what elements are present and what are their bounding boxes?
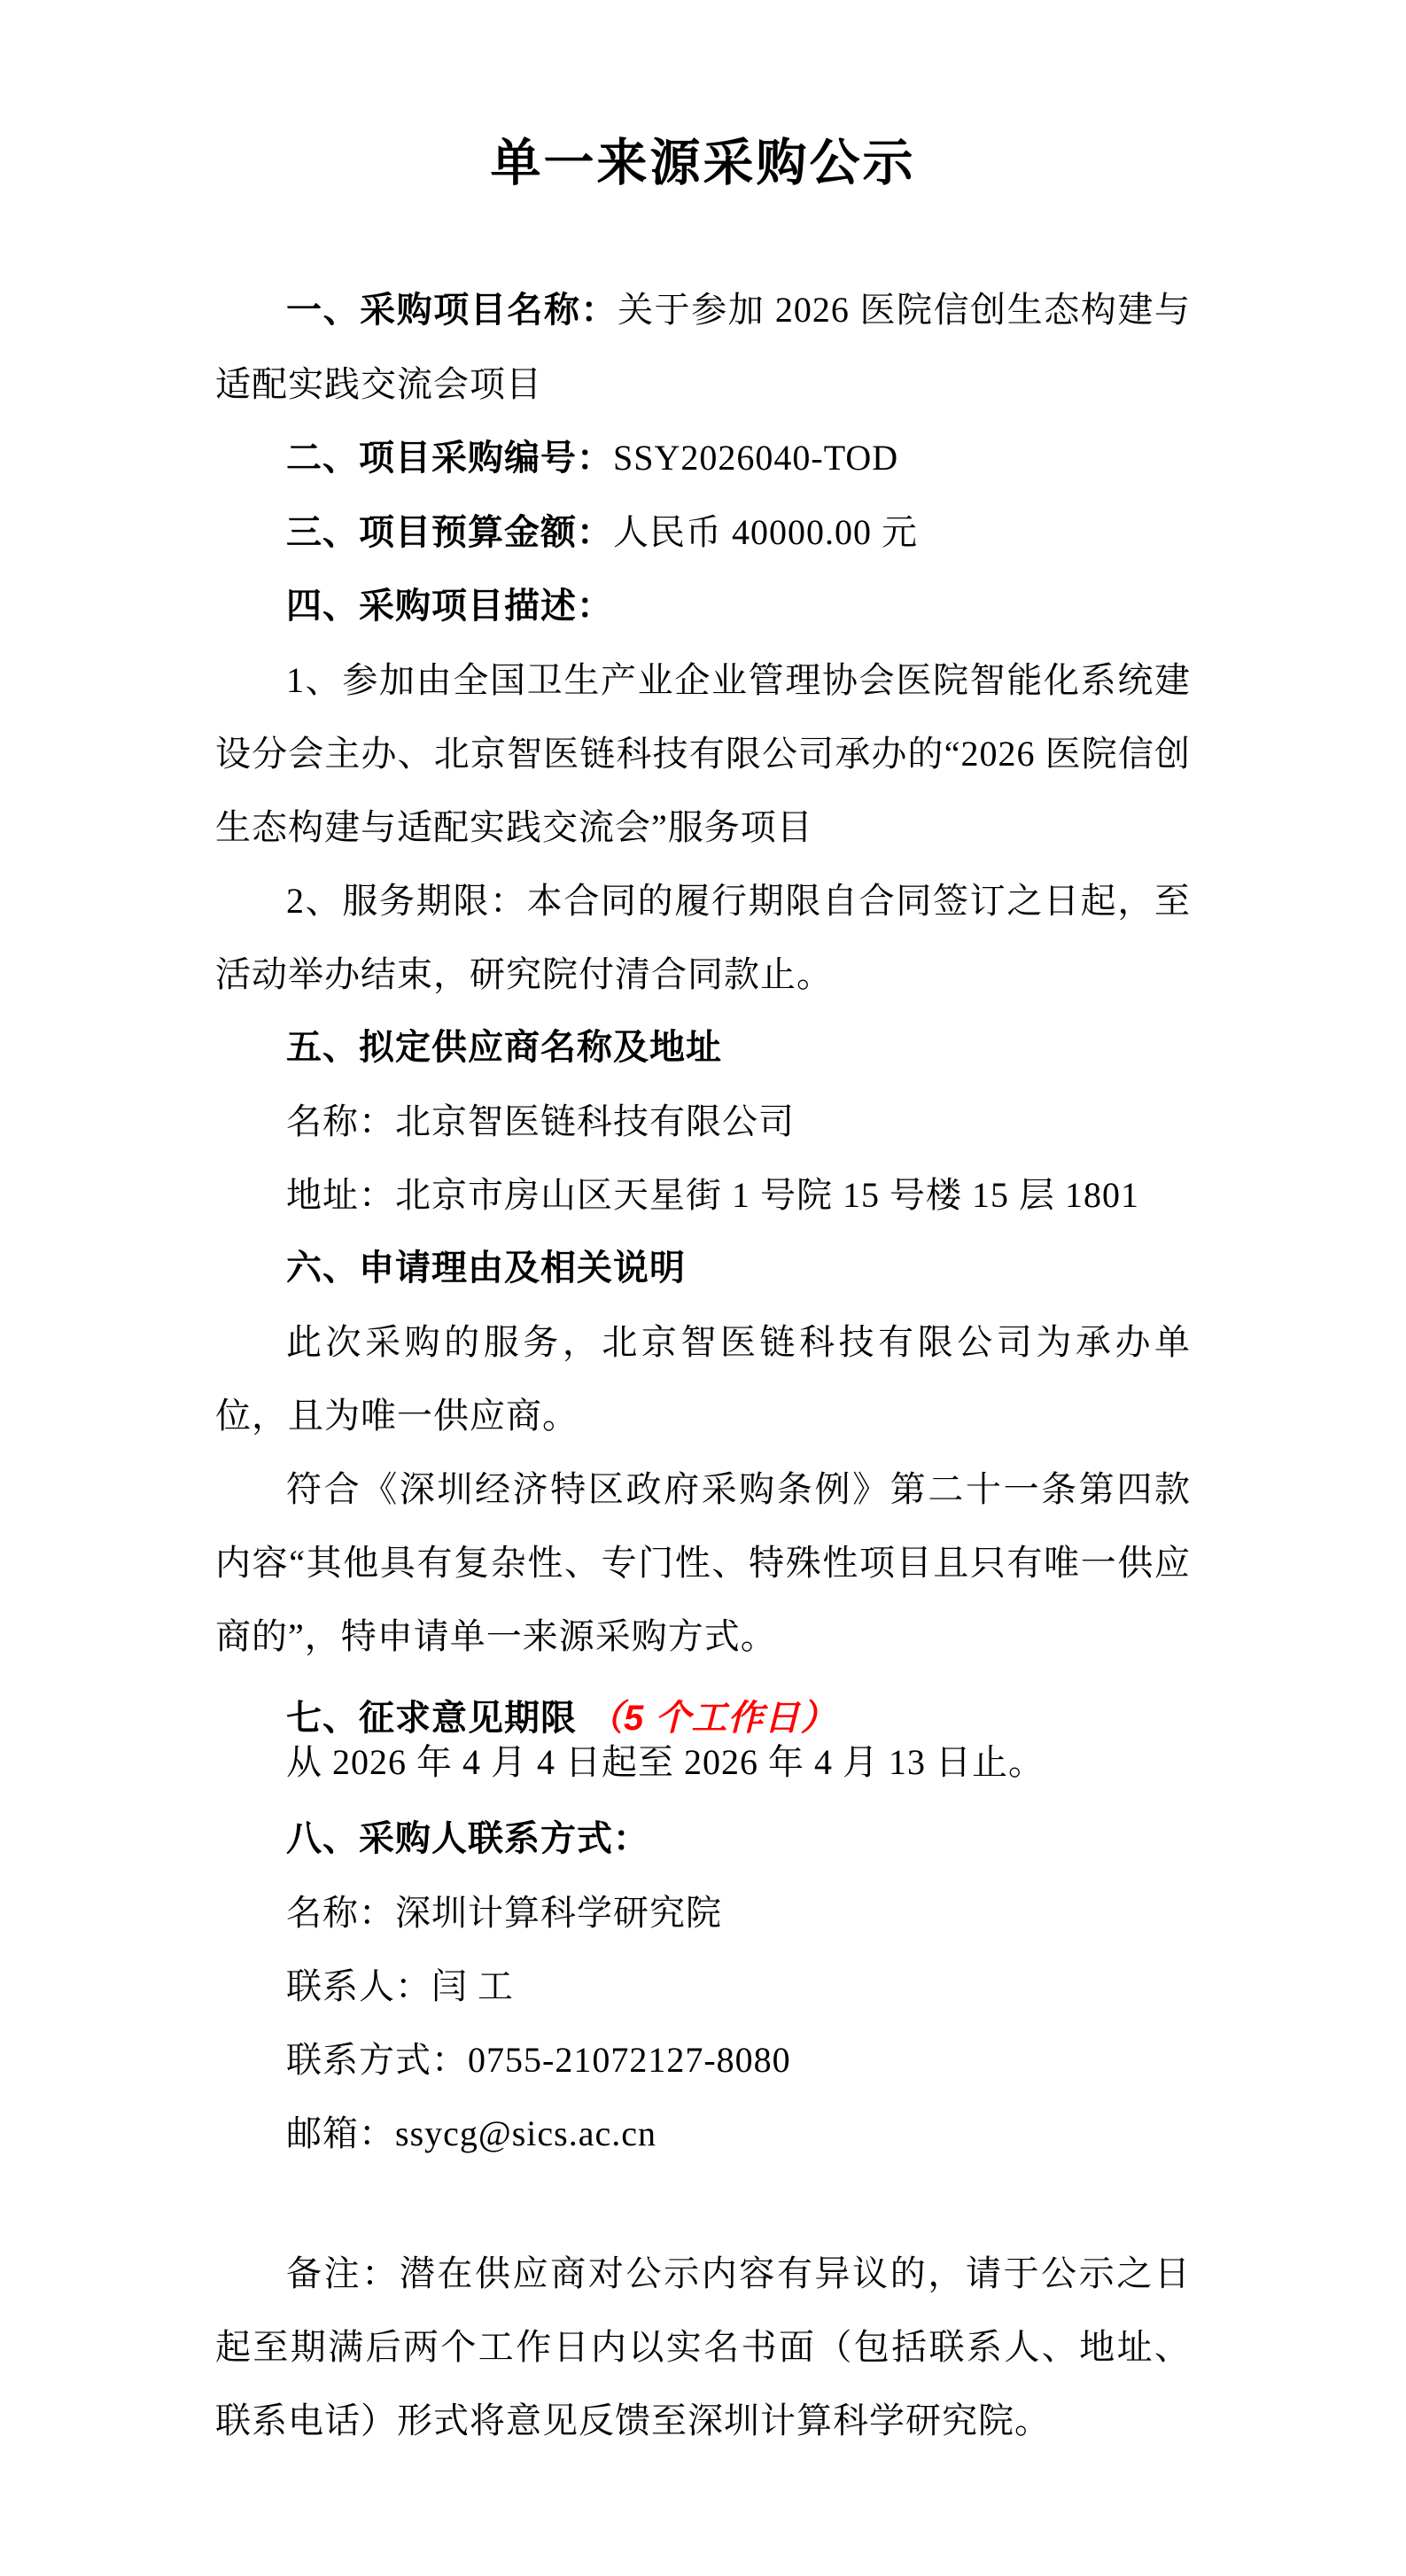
- section-6-heading: 六、申请理由及相关说明: [215, 1232, 1191, 1305]
- section-5-supplier-name: 名称：北京智医链科技有限公司: [215, 1085, 1191, 1158]
- section-8-contact-person: 联系人：闫 工: [215, 1950, 1191, 2023]
- document-body: 单一来源采购公示 一、采购项目名称：关于参加 2026 医院信创生态构建与适配实…: [215, 0, 1191, 2457]
- section-5-supplier-address: 地址：北京市房山区天星街 1 号院 15 号楼 15 层 1801: [215, 1158, 1191, 1232]
- note-paragraph: 备注：潜在供应商对公示内容有异议的，请于公示之日起至期满后两个工作日内以实名书面…: [215, 2237, 1191, 2457]
- section-7-date-range: 从 2026 年 4 月 4 日起至 2026 年 4 月 13 日止。: [215, 1740, 1191, 1785]
- section-8-contact-phone: 联系方式：0755-21072127-8080: [215, 2023, 1191, 2097]
- section-3-text: 人民币 40000.00 元: [613, 512, 918, 552]
- section-1: 一、采购项目名称：关于参加 2026 医院信创生态构建与适配实践交流会项目: [215, 273, 1191, 421]
- section-8-heading: 八、采购人联系方式：: [215, 1802, 1191, 1876]
- section-2: 二、项目采购编号：SSY2026040-TOD: [215, 421, 1191, 495]
- section-3-heading: 三、项目预算金额：: [286, 513, 613, 552]
- section-4-heading: 四、采购项目描述：: [215, 570, 1191, 643]
- section-4-paragraph-2: 2、服务期限：本合同的履行期限自合同签订之日起，至活动举办结束，研究院付清合同款…: [215, 864, 1191, 1011]
- section-6-paragraph-1: 此次采购的服务，北京智医链科技有限公司为承办单位，且为唯一供应商。: [215, 1305, 1191, 1452]
- section-7-highlight: （5 个工作日）: [587, 1699, 836, 1738]
- document-title: 单一来源采购公示: [215, 133, 1191, 195]
- section-2-heading: 二、项目采购编号：: [286, 439, 613, 478]
- section-3: 三、项目预算金额：人民币 40000.00 元: [215, 495, 1191, 570]
- section-7-heading: 七、征求意见期限: [286, 1699, 577, 1738]
- document-page: 单一来源采购公示 一、采购项目名称：关于参加 2026 医院信创生态构建与适配实…: [0, 0, 1406, 2576]
- section-8-contact-email: 邮箱：ssycg@sics.ac.cn: [215, 2097, 1191, 2170]
- section-7: 七、征求意见期限（5 个工作日）: [215, 1696, 1191, 1740]
- section-2-text: SSY2026040-TOD: [613, 438, 898, 478]
- section-8-purchaser-name: 名称：深圳计算科学研究院: [215, 1876, 1191, 1950]
- section-4-paragraph-1: 1、参加由全国卫生产业企业管理协会医院智能化系统建设分会主办、北京智医链科技有限…: [215, 643, 1191, 864]
- section-6-paragraph-2: 符合《深圳经济特区政府采购条例》第二十一条第四款内容“其他具有复杂性、专门性、特…: [215, 1452, 1191, 1673]
- section-1-heading: 一、采购项目名称：: [286, 291, 618, 330]
- section-5-heading: 五、拟定供应商名称及地址: [215, 1011, 1191, 1085]
